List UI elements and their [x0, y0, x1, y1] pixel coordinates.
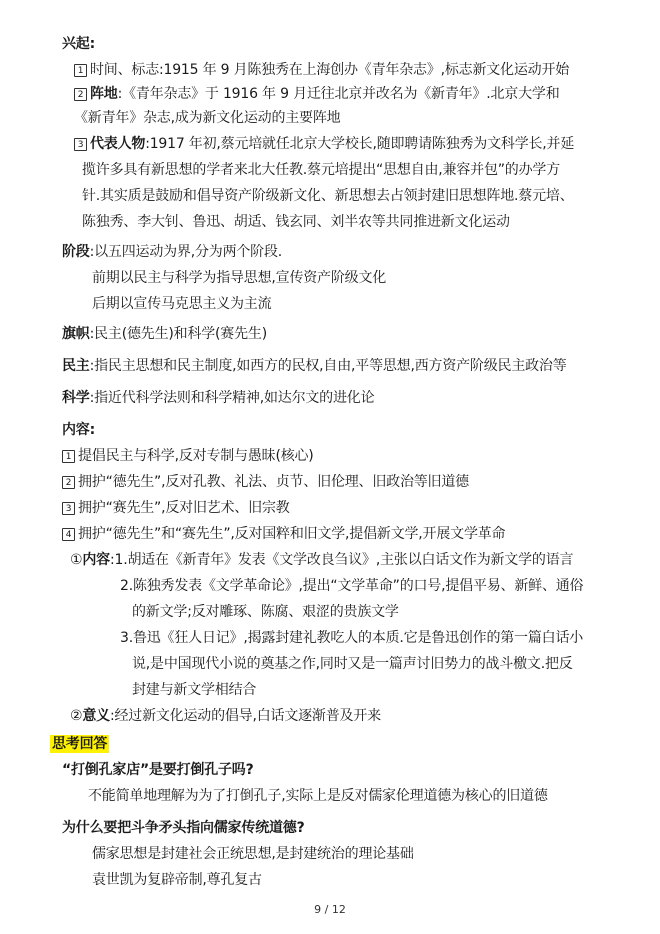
content-item-2: 2拥护“德先生”,反对孔教、礼法、贞节、旧伦理、旧政治等旧道德 — [62, 472, 469, 492]
rise-item-2: 2阵地:《青年杂志》于 1916 年 9 月迁往北京并改名为《新青年》.北京大学… — [74, 84, 560, 104]
rise-item-1: 1时间、标志:1915 年 9 月陈独秀在上海创办《青年杂志》,标志新文化运动开… — [74, 60, 569, 80]
lit-content-point-2-cont: 的新文学;反对雕琢、陈腐、艰涩的贵族文学 — [132, 602, 399, 622]
rise-item-3: 3代表人物:1917 年初,蔡元培就任北京大学校长,随即聘请陈独秀为文科学长,并… — [74, 134, 574, 154]
rise-item-2-continued: 《新青年》杂志,成为新文化运动的主要阵地 — [74, 108, 340, 128]
lit-content-label: 内容 — [82, 552, 110, 568]
science-line: 科学:指近代科学法则和科学精神,如达尔文的进化论 — [62, 388, 374, 408]
answer-2-line-2: 袁世凯为复辟帝制,尊孔复古 — [92, 870, 262, 890]
stages-label: 阶段 — [62, 244, 90, 260]
content-item-3: 3拥护“赛先生”,反对旧艺术、旧宗教 — [62, 498, 290, 518]
content-item-1: 1提倡民主与科学,反对专制与愚昧(核心) — [62, 446, 314, 466]
rise-item-3-line-2: 揽许多具有新思想的学者来北大任教.蔡元培提出“思想自由,兼容并包”的办学方 — [82, 160, 560, 180]
stages-early: 前期以民主与科学为指导思想,宣传资产阶级文化 — [92, 268, 386, 288]
stages-late: 后期以宣传马克思主义为主流 — [92, 294, 271, 314]
document-page: 兴起: 1时间、标志:1915 年 9 月陈独秀在上海创办《青年杂志》,标志新文… — [0, 0, 660, 934]
lit-meaning-line: ②意义:经过新文化运动的倡导,白话文逐渐普及开来 — [70, 706, 381, 726]
rise-item-3-line-4: 陈独秀、李大钊、鲁迅、胡适、钱玄同、刘半农等共同推进新文化运动 — [82, 212, 510, 232]
banner-label: 旗帜 — [62, 326, 90, 342]
answer-1: 不能简单地理解为为了打倒孔子,实际上是反对儒家伦理道德为核心的旧道德 — [88, 786, 548, 806]
number-marker: 2 — [62, 476, 75, 489]
lit-content-point-3-cont: 说,是中国现代小说的奠基之作,同时又是一篇声讨旧势力的战斗檄文.把反 — [132, 654, 573, 674]
rise-item-3-line-3: 针.其实质是鼓励和倡导资产阶级新文化、新思想去占领封建旧思想阵地.蔡元培、 — [82, 186, 574, 206]
number-marker: 4 — [62, 528, 75, 541]
item-label: 代表人物 — [90, 136, 145, 152]
democracy-line: 民主:指民主思想和民主制度,如西方的民权,自由,平等思想,西方资产阶级民主政治等 — [62, 356, 567, 376]
number-marker: 3 — [74, 138, 87, 151]
number-marker: 3 — [62, 502, 75, 515]
lit-content-line-1: ①内容:1.胡适在《新青年》发表《文学改良刍议》,主张以白话文作为新文学的语言 — [70, 550, 573, 570]
stages-line: 阶段:以五四运动为界,分为两个阶段. — [62, 242, 282, 262]
page-indicator: 9 / 12 — [0, 903, 660, 916]
rise-heading: 兴起: — [62, 34, 95, 54]
democracy-label: 民主 — [62, 358, 90, 374]
lit-content-point-3-cont2: 封建与新文学相结合 — [132, 680, 256, 700]
question-1: “打倒孔家店”是要打倒孔子吗? — [62, 760, 254, 780]
content-item-4: 4拥护“德先生”和“赛先生”,反对国粹和旧文学,提倡新文学,开展文学革命 — [62, 524, 505, 544]
highlighted-heading: 思考回答 — [50, 735, 109, 753]
content-heading: 内容: — [62, 420, 95, 440]
answer-2-line-1: 儒家思想是封建社会正统思想,是封建统治的理论基础 — [92, 844, 414, 864]
banner-line: 旗帜:民主(德先生)和科学(赛先生) — [62, 324, 267, 344]
number-marker: 1 — [74, 64, 87, 77]
question-2: 为什么要把斗争矛头指向儒家传统道德? — [62, 818, 305, 838]
item-label: 阵地 — [90, 86, 118, 102]
think-heading: 思考回答 — [50, 734, 109, 754]
number-marker: 2 — [74, 88, 87, 101]
lit-meaning-label: 意义 — [82, 708, 110, 724]
lit-content-point-2: 2.陈独秀发表《文学革命论》,提出“文学革命”的口号,提倡平易、新鲜、通俗 — [120, 576, 583, 596]
lit-content-point-3: 3.鲁迅《狂人日记》,揭露封建礼教吃人的本质.它是鲁迅创作的第一篇白话小 — [120, 628, 583, 648]
science-label: 科学 — [62, 390, 90, 406]
number-marker: 1 — [62, 450, 75, 463]
